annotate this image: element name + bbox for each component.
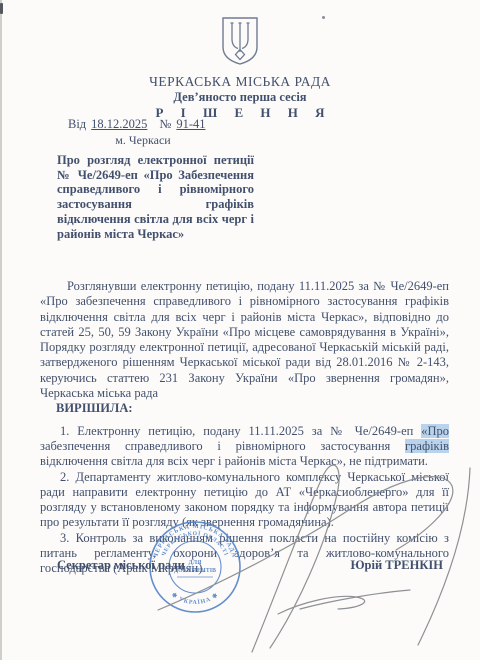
signer-name: Юрій ТРЕНКІН bbox=[350, 558, 443, 573]
item1-text: 1. Електронну петицію, подану 11.11.2025… bbox=[60, 424, 421, 438]
stamp-ring-bottom-text: ✱ УКРАЇНА ✱ bbox=[170, 591, 220, 606]
document-title: Про розгляд електронної петиції № Че/264… bbox=[57, 153, 254, 241]
highlighted-text: графіків bbox=[405, 439, 449, 453]
scan-speck bbox=[0, 3, 3, 14]
organization-name: ЧЕРКАСЬКА МІСЬКА РАДА bbox=[0, 74, 480, 90]
document-number: 91-41 bbox=[176, 117, 205, 131]
intro-paragraph: Розглянувши електронну петицію, подану 1… bbox=[40, 279, 449, 401]
scanned-decision-document: ЧЕРКАСЬКА МІСЬКА РАДА Дев’яносто перша с… bbox=[0, 0, 480, 660]
resolution-item-2: 2. Департаменту житлово-комунального ком… bbox=[40, 470, 449, 531]
highlighted-text: «Про bbox=[421, 424, 449, 438]
document-body: Розглянувши електронну петицію, подану 1… bbox=[40, 279, 449, 577]
number-label: № bbox=[159, 117, 171, 131]
item1-text: відключення світла для всіх черг і район… bbox=[40, 454, 428, 468]
document-header: ЧЕРКАСЬКА МІСЬКА РАДА Дев’яносто перша с… bbox=[0, 16, 480, 121]
document-date: 18.12.2025 bbox=[91, 117, 147, 131]
date-number-line: Від18.12.2025№91-41 bbox=[68, 117, 206, 132]
svg-text:✱ УКРАЇНА ✱: ✱ УКРАЇНА ✱ bbox=[170, 591, 220, 606]
signer-role: Секретар міської ради bbox=[57, 558, 185, 573]
resolution-item-1: 1. Електронну петицію, подану 11.11.2025… bbox=[40, 424, 449, 470]
resolved-label: ВИРІШИЛА: bbox=[56, 401, 449, 416]
signature-row: Секретар міської ради Юрій ТРЕНКІН bbox=[57, 558, 443, 573]
item1-text: забезпечення справедливого і рівномірног… bbox=[40, 439, 405, 453]
session-title: Дев’яносто перша сесія bbox=[0, 90, 480, 105]
city-line: м. Черкаси bbox=[68, 133, 218, 148]
trident-emblem-icon bbox=[219, 16, 261, 66]
date-label: Від bbox=[68, 117, 86, 131]
